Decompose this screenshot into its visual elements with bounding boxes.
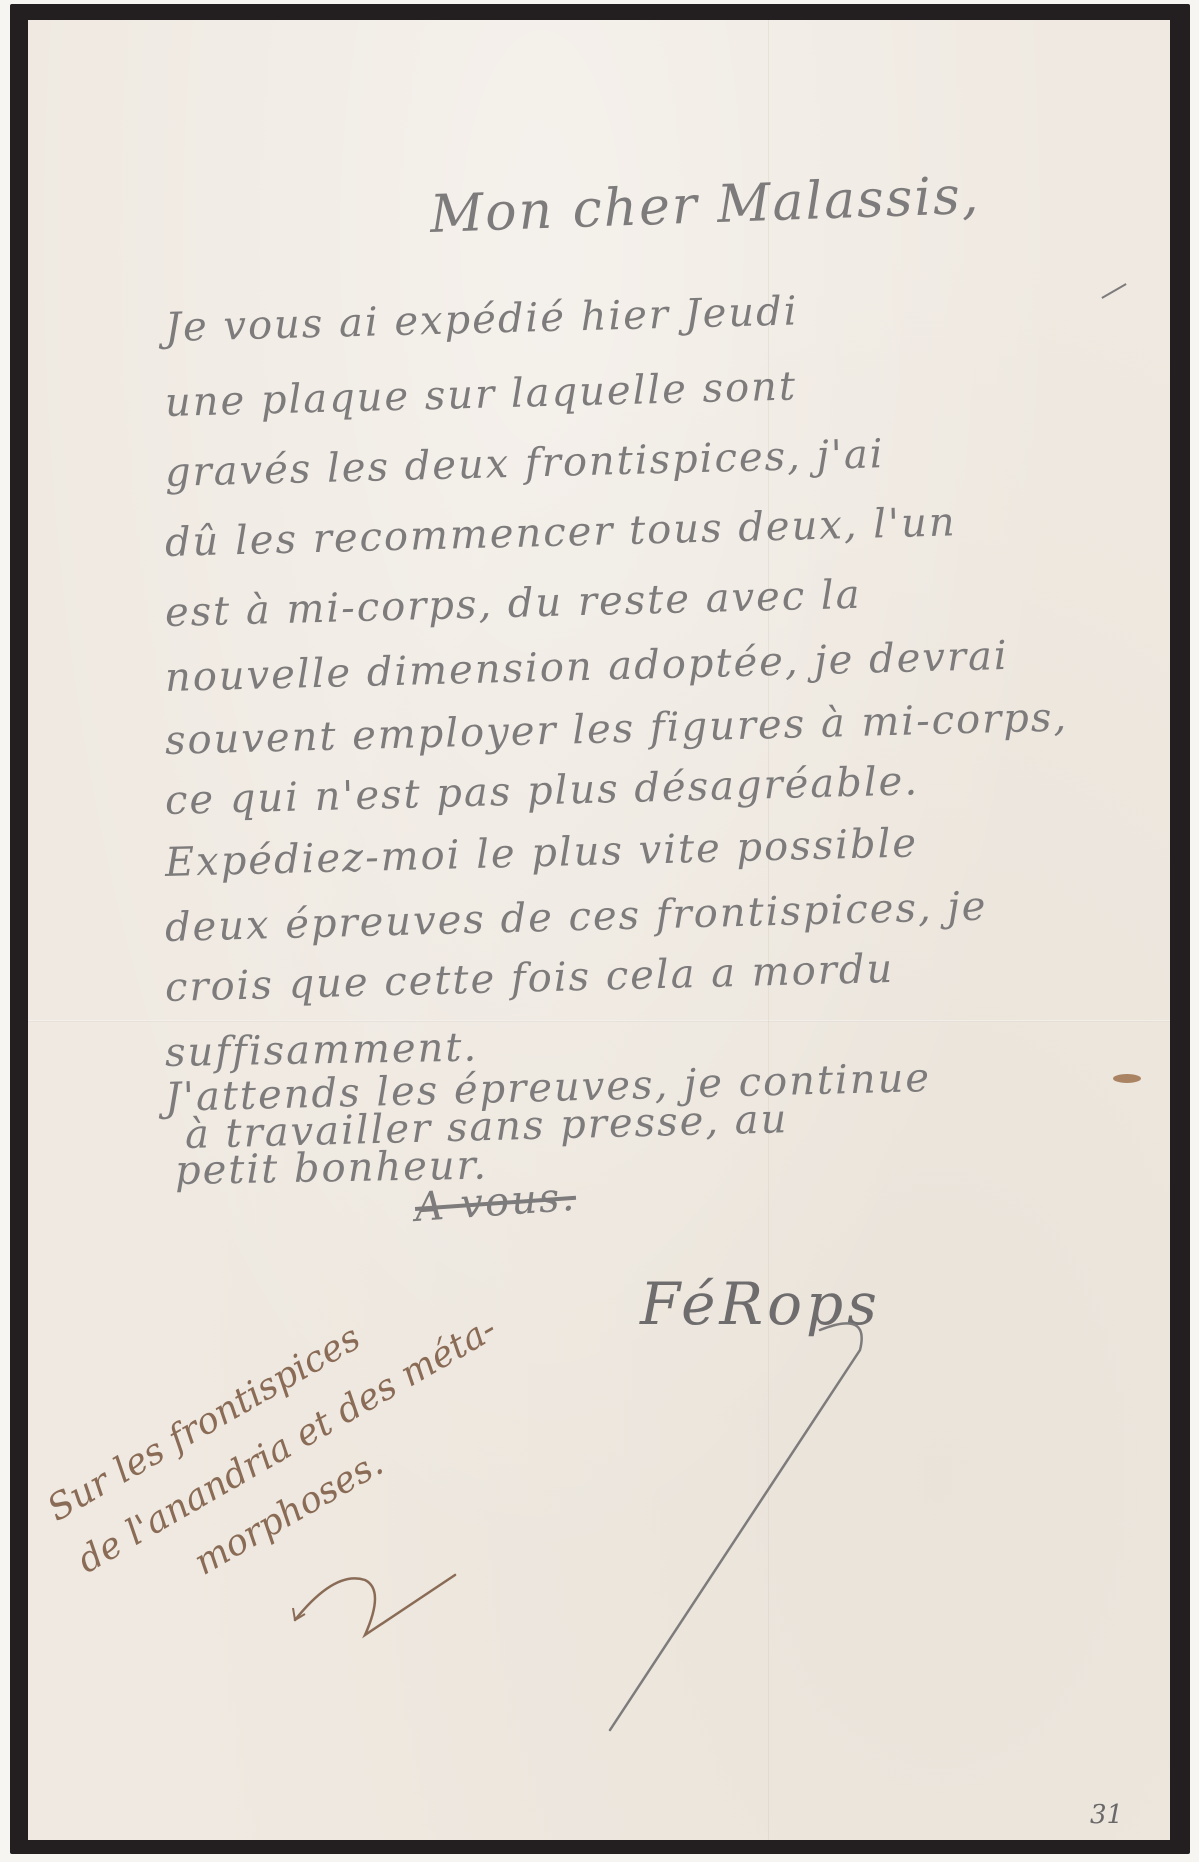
annotation-arrow-icon (285, 1570, 465, 1650)
folio-number: 31 (1090, 1800, 1123, 1830)
paper-fold-horizontal (28, 1020, 1170, 1022)
signature-flourish (600, 1290, 880, 1740)
ink-stain (1113, 1074, 1141, 1083)
